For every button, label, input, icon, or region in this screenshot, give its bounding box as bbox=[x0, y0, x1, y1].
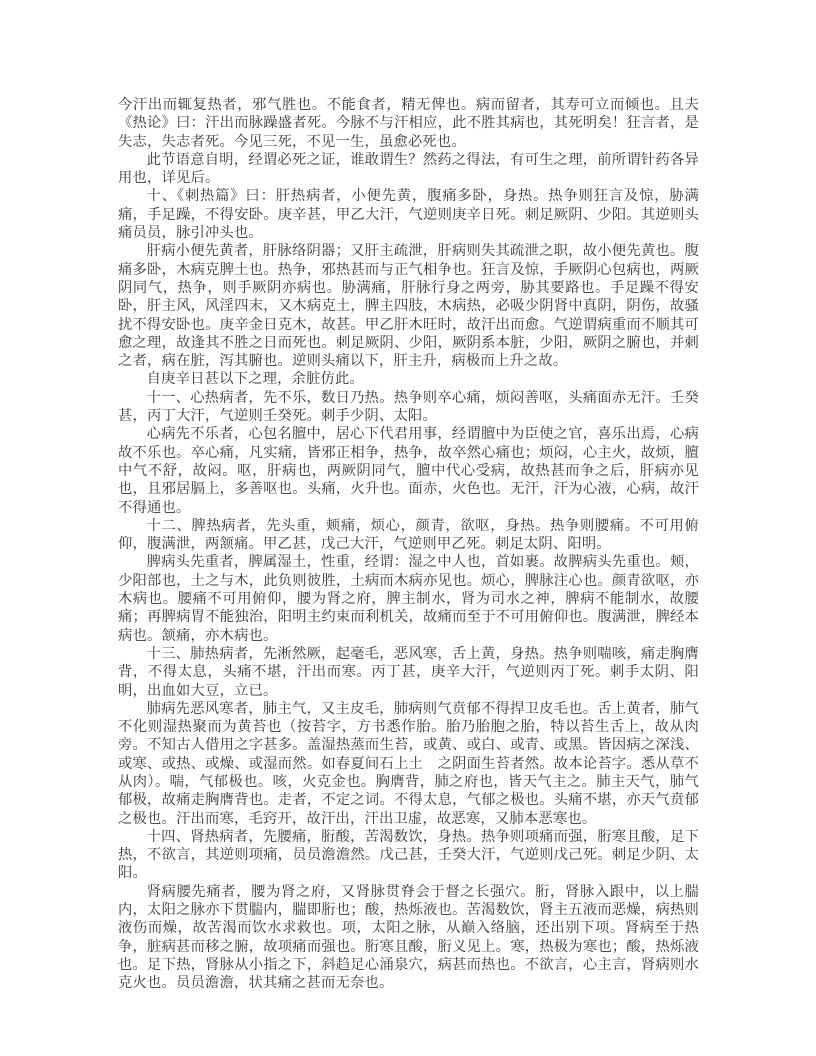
text-body: 今汗出而辄复热者，邪气胜也。不能食者，精无俾也。病而留者，其寿可立而倾也。且夫《… bbox=[118, 96, 699, 993]
paragraph-commentary-lung-heat: 肺病先恶风寒者，肺主气，又主皮毛，肺病则气贲郁不得捍卫皮毛也。舌上黄者，肺气不化… bbox=[118, 700, 699, 828]
paragraph-scripture-lung-heat: 十三、肺热病者，先淅然厥，起毫毛，恶风寒，舌上黄，身热。热争则喘咳，痛走胸膺背，… bbox=[118, 645, 699, 700]
paragraph-scripture-spleen-heat: 十二、脾热病者，先头重，颊痛，烦心，颜青，欲呕，身热。热争则腰痛。不可用俯仰，腹… bbox=[118, 517, 699, 554]
paragraph-scripture-liver-heat: 十、《刺热篇》曰：肝热病者，小便先黄，腹痛多卧，身热。热争则狂言及惊，胁满痛，手… bbox=[118, 187, 699, 242]
paragraph-commentary-death-signs: 此节语意自明，经谓必死之证，谁敢谓生？然药之得法，有可生之理，前所谓针药各异用也… bbox=[118, 151, 699, 188]
paragraph-commentary-kidney-heat: 肾病腰先痛者，腰为肾之府，又肾脉贯脊会于督之长强穴。胻，肾脉入跟中，以上腨内，太… bbox=[118, 883, 699, 993]
paragraph-scripture-heart-heat: 十一、心热病者，先不乐，数日乃热。热争则卒心痛，烦闷善呕，头痛面赤无汗。壬癸甚，… bbox=[118, 389, 699, 426]
paragraph-continuation-heat-treatise: 今汗出而辄复热者，邪气胜也。不能食者，精无俾也。病而留者，其寿可立而倾也。且夫《… bbox=[118, 96, 699, 151]
paragraph-commentary-heart-heat: 心病先不乐者，心包名膻中，居心下代君用事，经谓膻中为臣使之官，喜乐出焉，心病故不… bbox=[118, 425, 699, 516]
book-page: 今汗出而辄复热者，邪气胜也。不能食者，精无俾也。病而留者，其寿可立而倾也。且夫《… bbox=[0, 0, 816, 1056]
paragraph-commentary-note: 自庚辛日甚以下之理，余脏仿此。 bbox=[118, 370, 699, 388]
paragraph-commentary-liver-heat: 肝病小便先黄者，肝脉络阴器；又肝主疏泄，肝病则失其疏泄之职，故小便先黄也。腹痛多… bbox=[118, 242, 699, 370]
paragraph-scripture-kidney-heat: 十四、肾热病者，先腰痛，胻酸，苦渴数饮，身热。热争则项痛而强，胻寒且酸，足下热，… bbox=[118, 828, 699, 883]
paragraph-commentary-spleen-heat: 脾病头先重者，脾属湿土，性重，经谓：湿之中人也，首如裹。故脾病头先重也。颊，少阳… bbox=[118, 553, 699, 644]
